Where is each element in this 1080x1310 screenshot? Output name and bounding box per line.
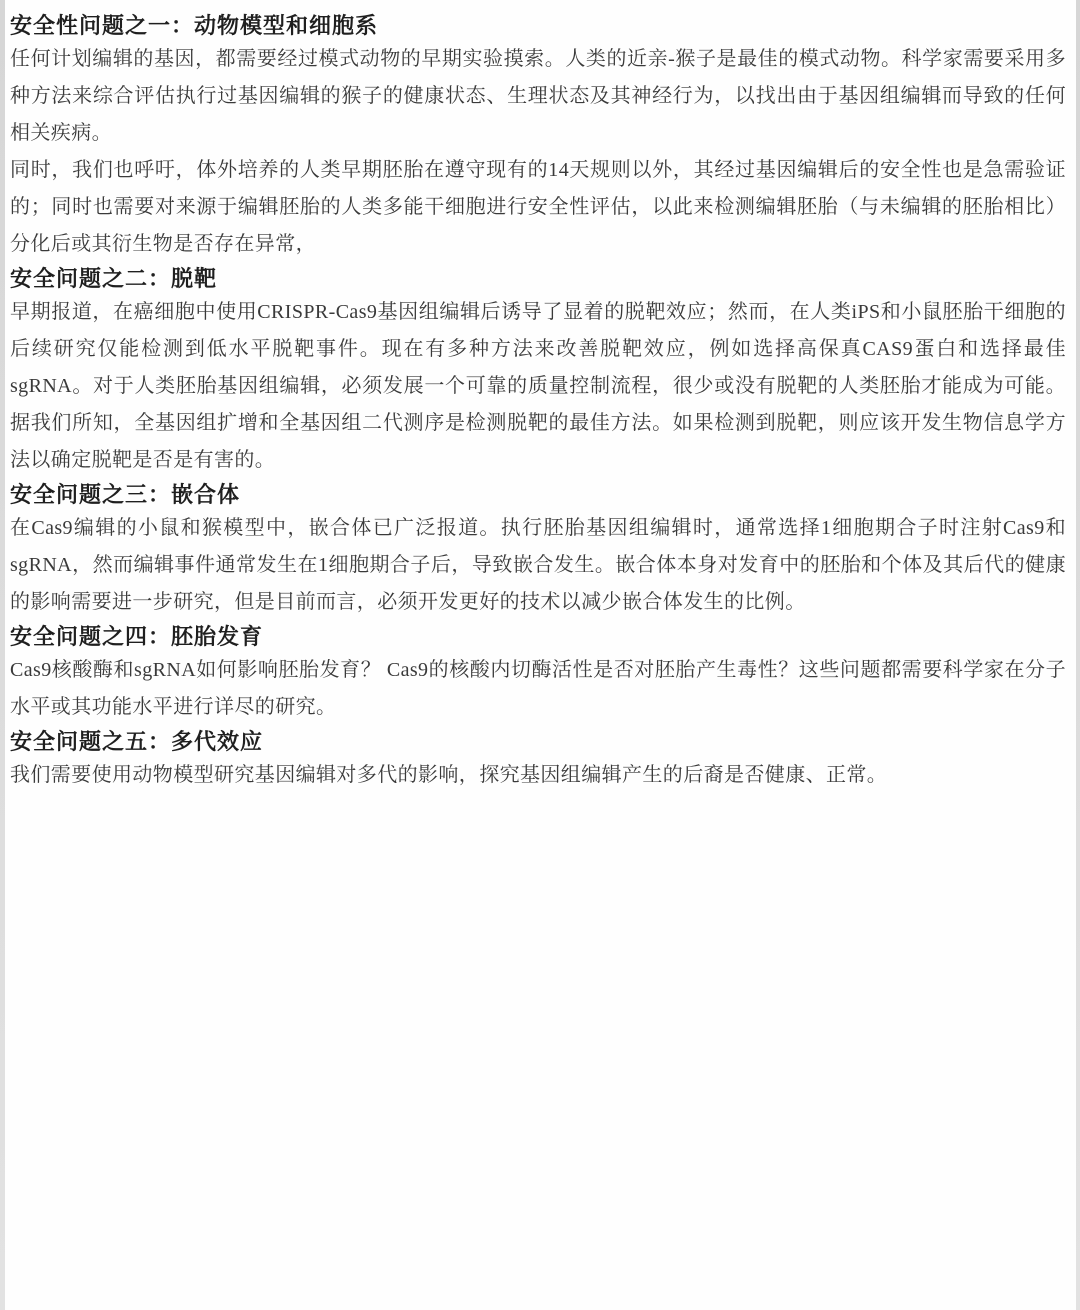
- paragraph-cas9-embryo-toxicity: Cas9核酸酶和sgRNA如何影响胚胎发育？ Cas9的核酸内切酶活性是否对胚胎…: [10, 652, 1066, 726]
- section-heading-safety-issue-4: 安全问题之四：胚胎发育: [10, 621, 1066, 652]
- section-animal-models-cell-lines: 安全性问题之一：动物模型和细胞系 任何计划编辑的基因，都需要经过模式动物的早期实…: [10, 10, 1066, 263]
- section-chimera: 安全问题之三：嵌合体 在Cas9编辑的小鼠和猴模型中，嵌合体已广泛报道。执行胚胎…: [10, 479, 1066, 621]
- page-right-edge-shadow: [1076, 0, 1080, 1310]
- section-heading-safety-issue-3: 安全问题之三：嵌合体: [10, 479, 1066, 510]
- article-page: 安全性问题之一：动物模型和细胞系 任何计划编辑的基因，都需要经过模式动物的早期实…: [0, 0, 1080, 1310]
- section-off-target: 安全问题之二：脱靶 早期报道，在癌细胞中使用CRISPR-Cas9基因组编辑后诱…: [10, 263, 1066, 479]
- page-left-edge-shadow: [0, 0, 5, 1310]
- section-heading-safety-issue-2: 安全问题之二：脱靶: [10, 263, 1066, 294]
- section-embryo-development: 安全问题之四：胚胎发育 Cas9核酸酶和sgRNA如何影响胚胎发育？ Cas9的…: [10, 621, 1066, 726]
- section-multigenerational-effects: 安全问题之五：多代效应 我们需要使用动物模型研究基因编辑对多代的影响，探究基因组…: [10, 726, 1066, 794]
- paragraph-embryo-14day-rule: 同时，我们也呼吁，体外培养的人类早期胚胎在遵守现有的14天规则以外，其经过基因编…: [10, 152, 1066, 263]
- section-heading-safety-issue-5: 安全问题之五：多代效应: [10, 726, 1066, 757]
- section-heading-safety-issue-1: 安全性问题之一：动物模型和细胞系: [10, 10, 1066, 41]
- paragraph-multigenerational-study: 我们需要使用动物模型研究基因编辑对多代的影响，探究基因组编辑产生的后裔是否健康、…: [10, 757, 1066, 794]
- paragraph-animal-model-evaluation: 任何计划编辑的基因，都需要经过模式动物的早期实验摸索。人类的近亲-猴子是最佳的模…: [10, 41, 1066, 152]
- paragraph-off-target-effects: 早期报道，在癌细胞中使用CRISPR-Cas9基因组编辑后诱导了显着的脱靶效应；…: [10, 294, 1066, 479]
- paragraph-chimera-mosaicism: 在Cas9编辑的小鼠和猴模型中，嵌合体已广泛报道。执行胚胎基因组编辑时，通常选择…: [10, 510, 1066, 621]
